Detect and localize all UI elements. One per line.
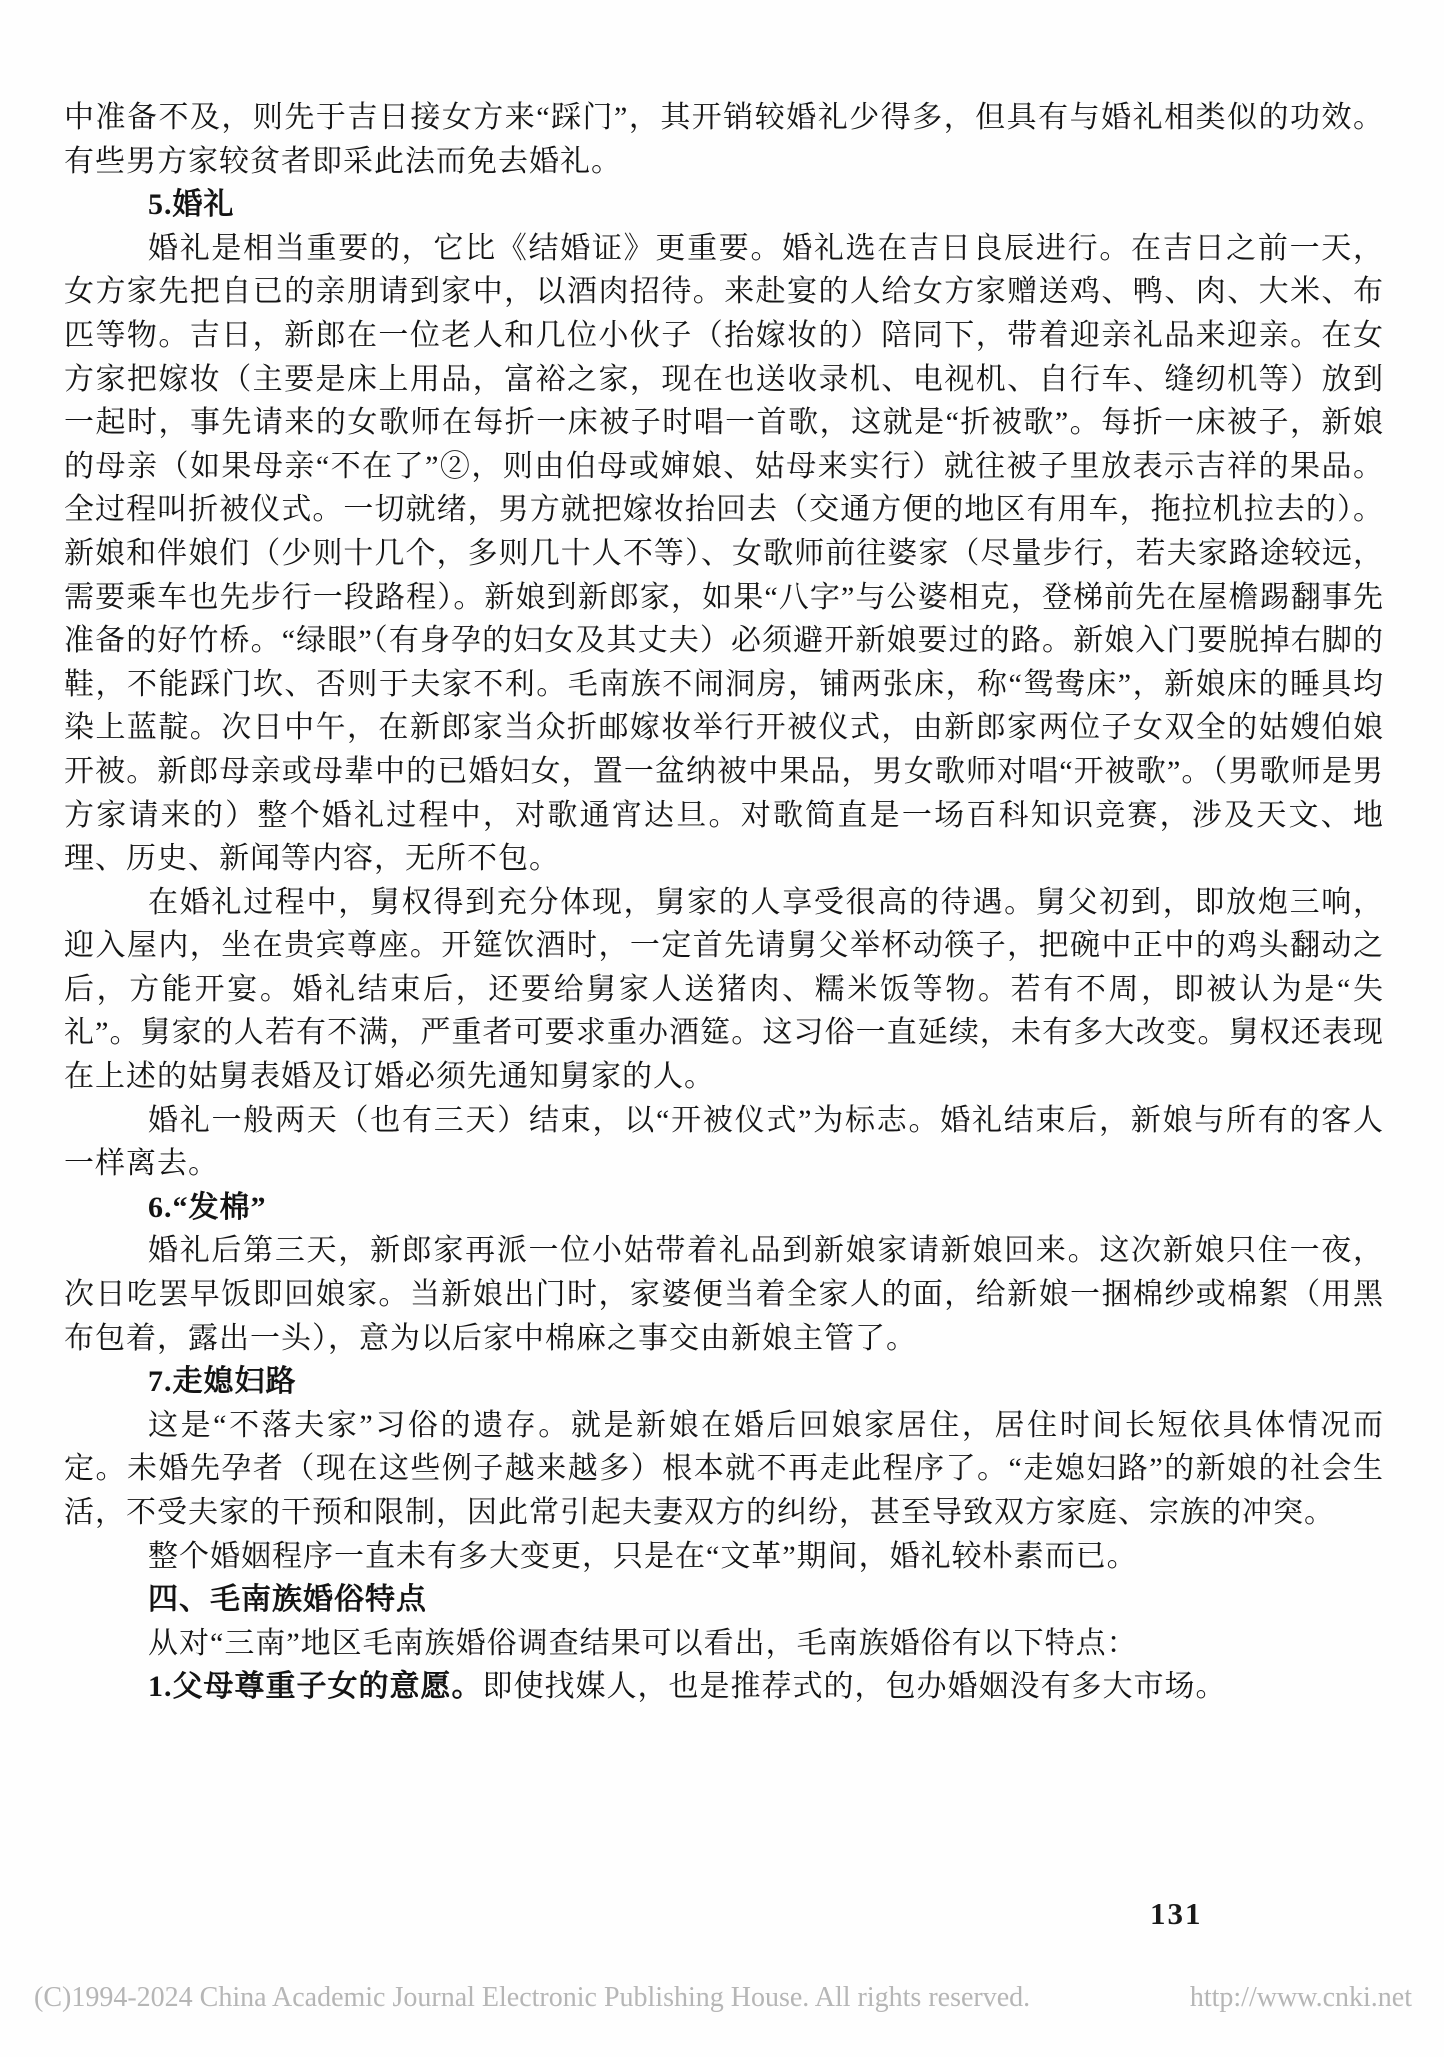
text-column: 中准备不及，则先于吉日接女方来“踩门”，其开销较婚礼少得多，但具有与婚礼相类似的…	[64, 96, 1384, 1709]
paragraph-caimen-continuation: 中准备不及，则先于吉日接女方来“踩门”，其开销较婚礼少得多，但具有与婚礼相类似的…	[64, 96, 1384, 183]
paragraph-procedure-summary: 整个婚姻程序一直未有多大变更，只是在“文革”期间，婚礼较朴素而已。	[64, 1535, 1384, 1579]
footer-copyright: (C)1994-2024 China Academic Journal Elec…	[34, 1982, 1030, 2014]
subheading-7-zouxifulu: 7.走媳妇路	[64, 1360, 1384, 1404]
subheading-6-famian: 6.“发棉”	[64, 1186, 1384, 1230]
scanned-document-page: 中准备不及，则先于吉日接女方来“踩门”，其开销较婚礼少得多，但具有与婚礼相类似的…	[0, 0, 1444, 2057]
paragraph-uncle-authority: 在婚礼过程中，舅权得到充分体现，舅家的人享受很高的待遇。舅父初到，即放炮三响，迎…	[64, 881, 1384, 1099]
paragraph-famian: 婚礼后第三天，新郎家再派一位小姑带着礼品到新娘家请新娘回来。这次新娘只住一夜，次…	[64, 1229, 1384, 1360]
paragraph-wedding-ceremony: 婚礼是相当重要的，它比《结婚证》更重要。婚礼选在吉日良辰进行。在吉日之前一天，女…	[64, 227, 1384, 881]
footer-url: http://www.cnki.net	[1190, 1982, 1412, 2014]
page-number: 131	[1150, 1896, 1203, 1932]
footer: (C)1994-2024 China Academic Journal Elec…	[34, 1982, 1412, 2014]
subheading-5-wedding: 5.婚礼	[64, 183, 1384, 227]
paragraph-survey-result: 从对“三南”地区毛南族婚俗调查结果可以看出，毛南族婚俗有以下特点：	[64, 1622, 1384, 1666]
section-heading-4-characteristics: 四、毛南族婚俗特点	[64, 1578, 1384, 1622]
paragraph-wedding-ending: 婚礼一般两天（也有三天）结束，以“开被仪式”为标志。婚礼结束后，新娘与所有的客人…	[64, 1099, 1384, 1186]
paragraph-zouxifulu: 这是“不落夫家”习俗的遗存。就是新娘在婚后回娘家居住，居住时间长短依具体情况而定…	[64, 1404, 1384, 1535]
paragraph-point-1-bold: 1.父母尊重子女的意愿。	[148, 1670, 483, 1703]
paragraph-point-1-rest: 即使找媒人，也是推荐式的，包办婚姻没有多大市场。	[483, 1670, 1227, 1703]
paragraph-point-1: 1.父母尊重子女的意愿。即使找媒人，也是推荐式的，包办婚姻没有多大市场。	[64, 1665, 1384, 1709]
